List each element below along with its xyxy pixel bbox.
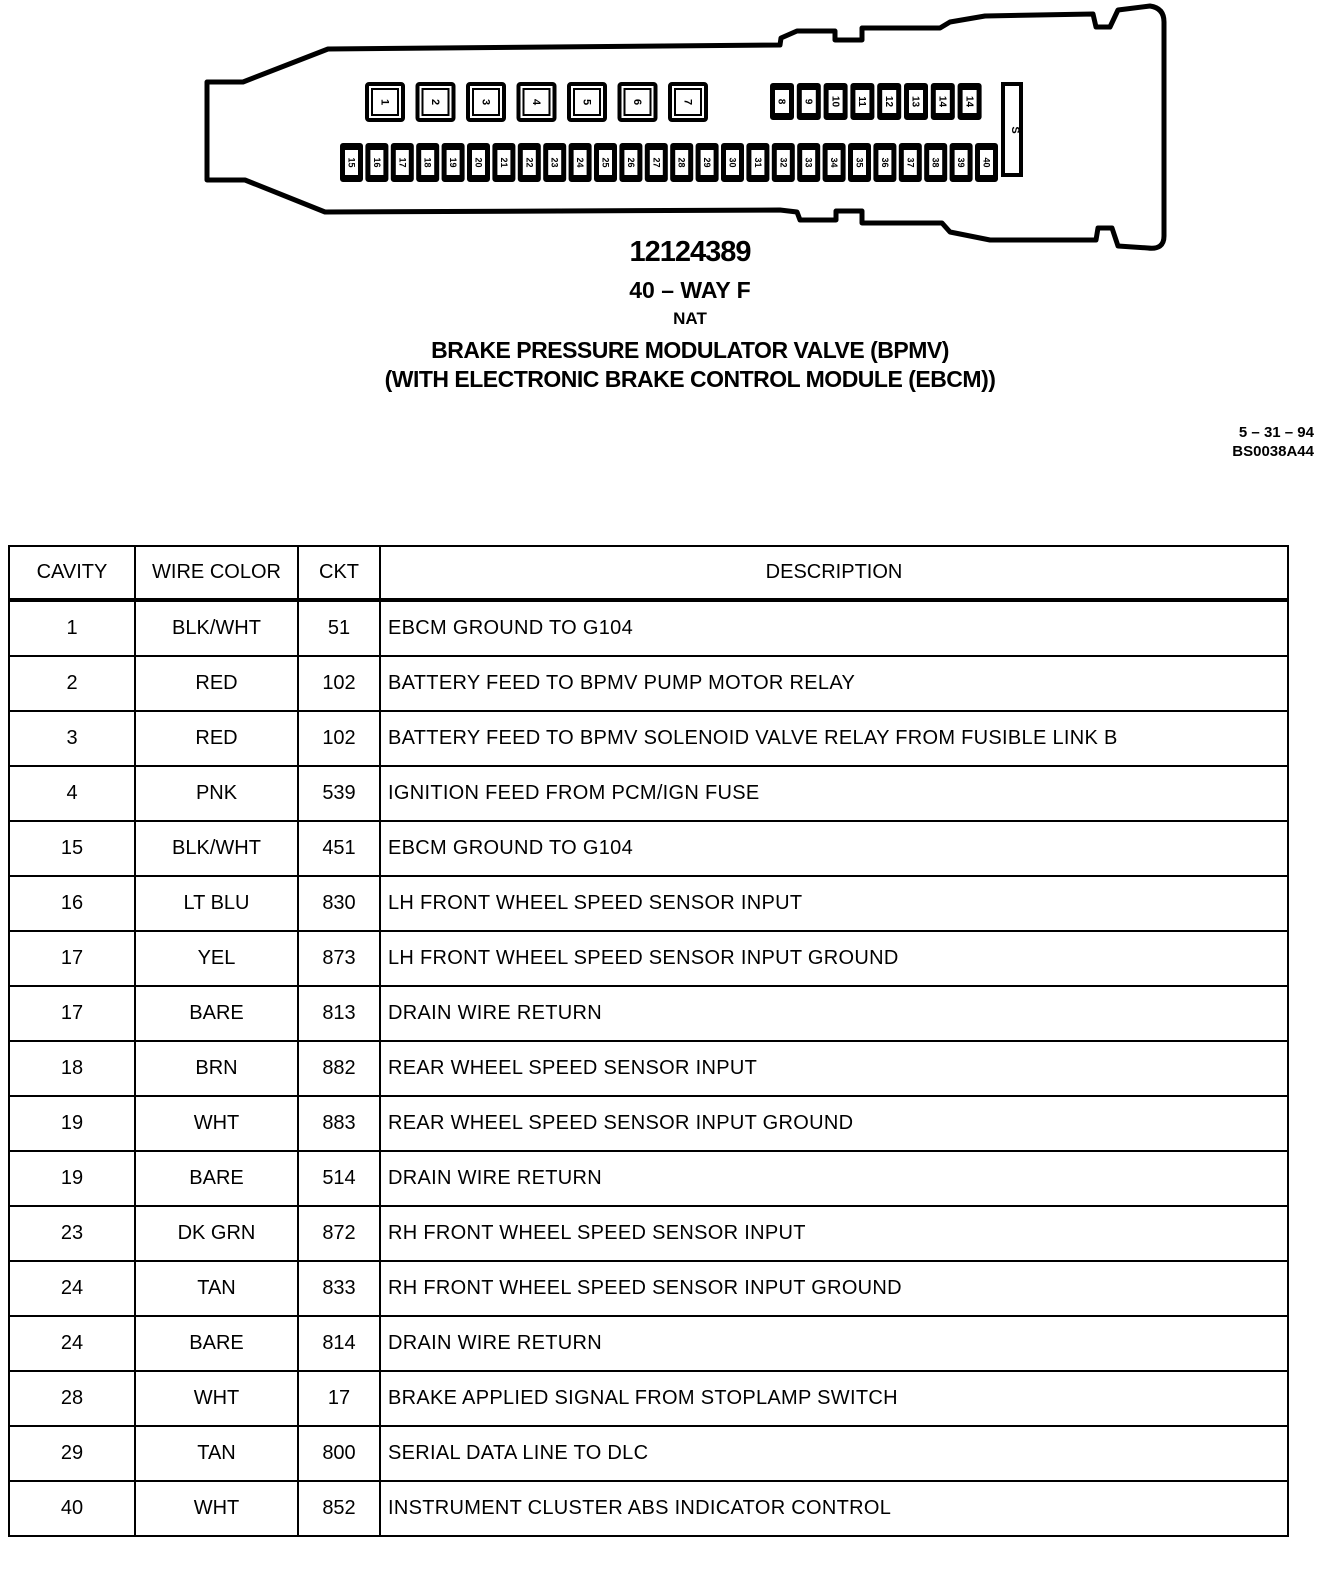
connector-face-diagram: 1234567 89101112131414 15161718192021222…	[0, 0, 1344, 260]
cell-ckt: 873	[298, 931, 380, 986]
cell-ckt: 102	[298, 656, 380, 711]
table-row: 4PNK539IGNITION FEED FROM PCM/IGN FUSE	[9, 766, 1288, 821]
cavity-number: 17	[397, 157, 407, 167]
cavity-number: 40	[982, 157, 992, 167]
cell-cavity: 2	[9, 656, 135, 711]
cavity-number: 13	[910, 96, 921, 108]
cavity-number: 39	[956, 157, 966, 167]
cavity-terminal: 37	[900, 144, 921, 181]
cavity-number: 31	[753, 157, 763, 167]
table-row: 19BARE514DRAIN WIRE RETURN	[9, 1151, 1288, 1206]
cell-description: EBCM GROUND TO G104	[380, 600, 1288, 656]
cavity-number: 22	[524, 157, 534, 167]
cavity-number: 33	[804, 157, 814, 167]
cavity-terminal: 6	[620, 84, 656, 120]
cavity-terminal: 22	[519, 144, 540, 181]
cell-cavity: 29	[9, 1426, 135, 1481]
cell-ckt: 514	[298, 1151, 380, 1206]
connector-color: NAT	[0, 309, 1344, 329]
table-header-row: CAVITY WIRE COLOR CKT DESCRIPTION	[9, 546, 1288, 600]
cavity-terminal: 34	[824, 144, 845, 181]
cell-description: BRAKE APPLIED SIGNAL FROM STOPLAMP SWITC…	[380, 1371, 1288, 1426]
cavity-number: 24	[575, 157, 585, 167]
cell-description: RH FRONT WHEEL SPEED SENSOR INPUT	[380, 1206, 1288, 1261]
cell-ckt: 852	[298, 1481, 380, 1536]
cell-wire-color: BARE	[135, 1151, 298, 1206]
cell-description: DRAIN WIRE RETURN	[380, 1316, 1288, 1371]
cavity-terminal: 32	[773, 144, 794, 181]
cavity-number: 14	[963, 96, 974, 108]
table-row: 15BLK/WHT451EBCM GROUND TO G104	[9, 821, 1288, 876]
cavity-number: 14	[936, 96, 947, 108]
cell-wire-color: BARE	[135, 1316, 298, 1371]
cell-cavity: 24	[9, 1261, 135, 1316]
header-cavity: CAVITY	[9, 546, 135, 600]
cavity-terminal: 20	[468, 144, 489, 181]
cavity-number: 36	[880, 157, 890, 167]
cell-ckt: 830	[298, 876, 380, 931]
cavity-terminal: 11	[851, 84, 873, 119]
cavity-terminal: 28	[671, 144, 692, 181]
pinout-table: CAVITY WIRE COLOR CKT DESCRIPTION 1BLK/W…	[8, 545, 1289, 1537]
cavity-terminal: 30	[722, 144, 743, 181]
cavity-terminal: 39	[951, 144, 972, 181]
drawing-code: BS0038A44	[1232, 443, 1314, 460]
cell-wire-color: RED	[135, 656, 298, 711]
cavity-terminal: 33	[798, 144, 819, 181]
side-slot-label: S	[1009, 126, 1021, 133]
table-row: 1BLK/WHT51EBCM GROUND TO G104	[9, 600, 1288, 656]
cavity-terminal: 7	[670, 84, 706, 120]
connector-type: 40 – WAY F	[0, 277, 1344, 304]
cell-wire-color: BRN	[135, 1041, 298, 1096]
cavity-number: 6	[631, 99, 643, 105]
cavity-terminal: 17	[392, 144, 413, 181]
cell-ckt: 800	[298, 1426, 380, 1481]
table-row: 17BARE813DRAIN WIRE RETURN	[9, 986, 1288, 1041]
cavity-number: 26	[626, 157, 636, 167]
cavity-terminal: 14	[932, 84, 954, 119]
cavity-terminal: 24	[570, 144, 591, 181]
cavity-number: 10	[829, 96, 840, 108]
cell-cavity: 19	[9, 1096, 135, 1151]
cavity-terminal: 25	[595, 144, 616, 181]
cell-ckt: 17	[298, 1371, 380, 1426]
cavity-number: 20	[474, 157, 484, 167]
cell-cavity: 16	[9, 876, 135, 931]
header-description: DESCRIPTION	[380, 546, 1288, 600]
table-row: 17YEL873LH FRONT WHEEL SPEED SENSOR INPU…	[9, 931, 1288, 986]
cell-description: BATTERY FEED TO BPMV SOLENOID VALVE RELA…	[380, 711, 1288, 766]
cavity-terminal: 15	[341, 144, 362, 181]
cavity-terminal: 23	[544, 144, 565, 181]
cavity-terminal: 2	[418, 84, 454, 120]
cavity-number: 37	[905, 157, 915, 167]
cell-cavity: 18	[9, 1041, 135, 1096]
cell-description: IGNITION FEED FROM PCM/IGN FUSE	[380, 766, 1288, 821]
cavity-number: 34	[829, 157, 839, 167]
cell-description: LH FRONT WHEEL SPEED SENSOR INPUT	[380, 876, 1288, 931]
cavity-terminal: 9	[798, 84, 820, 119]
table-row: 28WHT17BRAKE APPLIED SIGNAL FROM STOPLAM…	[9, 1371, 1288, 1426]
cavity-number: 15	[347, 157, 357, 167]
table-row: 19WHT883REAR WHEEL SPEED SENSOR INPUT GR…	[9, 1096, 1288, 1151]
cell-ckt: 813	[298, 986, 380, 1041]
cavity-number: 29	[702, 157, 712, 167]
cavity-number: 5	[580, 99, 592, 105]
cell-wire-color: TAN	[135, 1426, 298, 1481]
cavity-terminal: 38	[925, 144, 946, 181]
cavity-number: 30	[728, 157, 738, 167]
side-slot-cavity: S	[1003, 84, 1021, 175]
table-row: 3RED102BATTERY FEED TO BPMV SOLENOID VAL…	[9, 711, 1288, 766]
cell-wire-color: LT BLU	[135, 876, 298, 931]
cell-description: REAR WHEEL SPEED SENSOR INPUT GROUND	[380, 1096, 1288, 1151]
cavity-terminal: 26	[620, 144, 641, 181]
cell-description: DRAIN WIRE RETURN	[380, 1151, 1288, 1206]
cell-cavity: 24	[9, 1316, 135, 1371]
cavity-terminal: 8	[771, 84, 793, 119]
component-title: BRAKE PRESSURE MODULATOR VALVE (BPMV)	[0, 337, 1344, 364]
cell-wire-color: BLK/WHT	[135, 600, 298, 656]
cell-description: RH FRONT WHEEL SPEED SENSOR INPUT GROUND	[380, 1261, 1288, 1316]
table-row: 18BRN882REAR WHEEL SPEED SENSOR INPUT	[9, 1041, 1288, 1096]
cavity-terminal: 16	[366, 144, 387, 181]
cavity-terminal: 13	[905, 84, 927, 119]
cavity-terminal: 40	[976, 144, 997, 181]
table-row: 23DK GRN872RH FRONT WHEEL SPEED SENSOR I…	[9, 1206, 1288, 1261]
header-wire-color: WIRE COLOR	[135, 546, 298, 600]
cell-description: INSTRUMENT CLUSTER ABS INDICATOR CONTROL	[380, 1481, 1288, 1536]
cavity-number: 38	[931, 157, 941, 167]
cell-wire-color: RED	[135, 711, 298, 766]
cavity-number: 27	[651, 157, 661, 167]
cell-wire-color: YEL	[135, 931, 298, 986]
cavity-terminal: 3	[468, 84, 504, 120]
cavity-terminal: 19	[443, 144, 464, 181]
cell-cavity: 17	[9, 986, 135, 1041]
table-row: 40WHT852INSTRUMENT CLUSTER ABS INDICATOR…	[9, 1481, 1288, 1536]
table-row: 29TAN800SERIAL DATA LINE TO DLC	[9, 1426, 1288, 1481]
pinout-table-body: 1BLK/WHT51EBCM GROUND TO G1042RED102BATT…	[9, 600, 1288, 1536]
cavity-number: 28	[677, 157, 687, 167]
table-row: 16LT BLU830LH FRONT WHEEL SPEED SENSOR I…	[9, 876, 1288, 931]
table-row: 2RED102BATTERY FEED TO BPMV PUMP MOTOR R…	[9, 656, 1288, 711]
cell-cavity: 23	[9, 1206, 135, 1261]
cell-cavity: 1	[9, 600, 135, 656]
cell-ckt: 539	[298, 766, 380, 821]
cell-wire-color: PNK	[135, 766, 298, 821]
cavity-terminal: 4	[519, 84, 555, 120]
connector-part-number: 12124389	[0, 236, 1344, 269]
cell-wire-color: WHT	[135, 1481, 298, 1536]
cell-cavity: 28	[9, 1371, 135, 1426]
cavity-number: 7	[681, 99, 693, 105]
component-subtitle: (WITH ELECTRONIC BRAKE CONTROL MODULE (E…	[0, 366, 1344, 393]
cavity-terminal: 12	[878, 84, 900, 119]
cavity-terminal: 14	[959, 84, 981, 119]
cavity-number: 11	[856, 96, 867, 107]
cell-wire-color: DK GRN	[135, 1206, 298, 1261]
cell-wire-color: WHT	[135, 1096, 298, 1151]
cavity-number: 25	[601, 157, 611, 167]
cell-ckt: 882	[298, 1041, 380, 1096]
cell-cavity: 4	[9, 766, 135, 821]
cell-description: REAR WHEEL SPEED SENSOR INPUT	[380, 1041, 1288, 1096]
cell-ckt: 833	[298, 1261, 380, 1316]
table-row: 24TAN833RH FRONT WHEEL SPEED SENSOR INPU…	[9, 1261, 1288, 1316]
cavity-number: 35	[855, 157, 865, 167]
cell-ckt: 814	[298, 1316, 380, 1371]
cell-ckt: 872	[298, 1206, 380, 1261]
cavity-number: 3	[479, 99, 491, 105]
header-ckt: CKT	[298, 546, 380, 600]
cell-ckt: 102	[298, 711, 380, 766]
table-row: 24BARE814DRAIN WIRE RETURN	[9, 1316, 1288, 1371]
cell-description: DRAIN WIRE RETURN	[380, 986, 1288, 1041]
cavity-number: 9	[802, 99, 813, 105]
cavity-terminal: 36	[874, 144, 895, 181]
cell-wire-color: TAN	[135, 1261, 298, 1316]
cell-description: BATTERY FEED TO BPMV PUMP MOTOR RELAY	[380, 656, 1288, 711]
cavity-number: 23	[550, 157, 560, 167]
cell-cavity: 19	[9, 1151, 135, 1206]
cavity-number: 19	[448, 157, 458, 167]
cavity-number: 4	[530, 99, 542, 106]
cell-ckt: 51	[298, 600, 380, 656]
drawing-date: 5 – 31 – 94	[1239, 424, 1314, 441]
cavity-number: 1	[378, 99, 390, 105]
cavity-number: 16	[372, 157, 382, 167]
cell-wire-color: BARE	[135, 986, 298, 1041]
cavity-terminal: 1	[367, 84, 403, 120]
cell-cavity: 15	[9, 821, 135, 876]
cavity-number: 21	[499, 157, 509, 167]
cavity-terminal: 35	[849, 144, 870, 181]
cavity-terminal: 21	[493, 144, 514, 181]
cavity-terminal: 31	[747, 144, 768, 181]
cell-cavity: 17	[9, 931, 135, 986]
cell-cavity: 3	[9, 711, 135, 766]
cell-description: SERIAL DATA LINE TO DLC	[380, 1426, 1288, 1481]
cell-wire-color: BLK/WHT	[135, 821, 298, 876]
cell-ckt: 883	[298, 1096, 380, 1151]
cavity-number: 18	[423, 157, 433, 167]
cavity-terminal: 5	[569, 84, 605, 120]
cell-wire-color: WHT	[135, 1371, 298, 1426]
cavity-terminal: 29	[697, 144, 718, 181]
cell-cavity: 40	[9, 1481, 135, 1536]
cavity-terminal: 27	[646, 144, 667, 181]
cell-ckt: 451	[298, 821, 380, 876]
cavity-terminal: 10	[825, 84, 847, 119]
cell-description: LH FRONT WHEEL SPEED SENSOR INPUT GROUND	[380, 931, 1288, 986]
cavity-number: 8	[776, 99, 787, 105]
cavity-number: 32	[778, 157, 788, 167]
cavity-terminal: 18	[417, 144, 438, 181]
cavity-number: 2	[429, 99, 441, 105]
cavity-number: 12	[883, 96, 894, 108]
top-row-large-cavities: 1234567	[367, 84, 706, 120]
cell-description: EBCM GROUND TO G104	[380, 821, 1288, 876]
